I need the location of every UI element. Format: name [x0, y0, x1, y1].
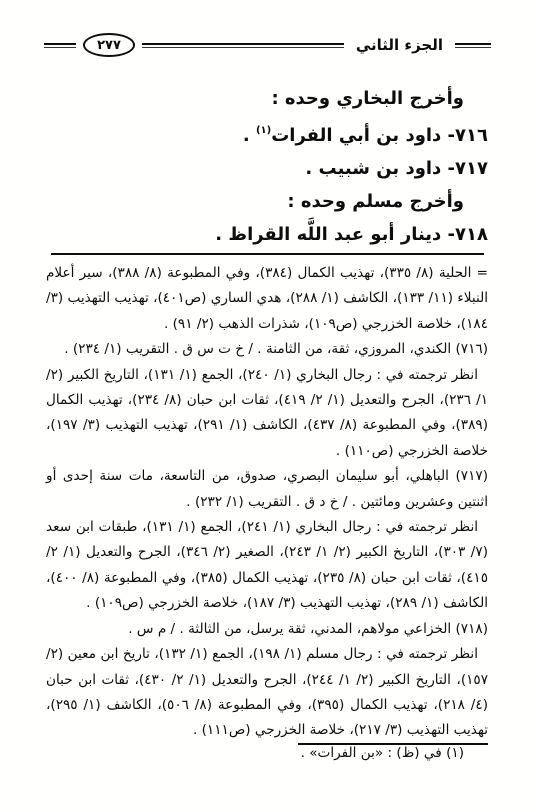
heading-muslim: وأخرج مسلم وحده :	[40, 185, 488, 218]
footnote-716: (٧١٦) الكندي، المروزي، ثقة، من الثامنة .…	[46, 337, 488, 362]
book-page: الجزء الثاني ٢٧٧ وأخرج البخاري وحده : ٧١…	[0, 0, 535, 812]
entry-716: ٧١٦- داود بن أبي الفرات(١) .	[40, 115, 488, 152]
main-text: وأخرج البخاري وحده : ٧١٦- داود بن أبي ال…	[40, 82, 488, 251]
page-header: الجزء الثاني ٢٧٧	[44, 32, 491, 58]
variant-note: (١) في (ظ) : «بن الفرات» .	[46, 741, 464, 766]
footnote-716-sources: انظر ترجمته في : رجال البخاري (١/ ٢٤٠)، …	[46, 363, 488, 465]
footnote-717-sources: انظر ترجمته في : رجال البخاري (١/ ٢٤١)، …	[46, 515, 488, 617]
heading-bukhari: وأخرج البخاري وحده :	[40, 82, 488, 115]
entry-718: ٧١٨- دينار أبو عبد اللَّه القراظ .	[40, 218, 488, 251]
footnote-continuation: = الحلية (٨/ ٣٣٥)، تهذيب الكمال (٣٨٤)، و…	[46, 261, 488, 337]
footnote-718-sources: انظر ترجمته في : رجال مسلم (١/ ١٩٨)، الج…	[46, 642, 488, 744]
entry-717: ٧١٧- داود بن شبيب .	[40, 152, 488, 185]
header-rule-right	[455, 43, 491, 48]
footnote-ref-1: (١)	[256, 125, 271, 136]
footnote-718: (٧١٨) الخزاعي مولاهم، المدني، ثقة يرسل، …	[46, 617, 488, 642]
page-number-badge: ٢٧٧	[83, 33, 135, 57]
footnote-separator	[51, 253, 484, 255]
header-rule-middle	[142, 43, 344, 48]
footnotes-block: = الحلية (٨/ ٣٣٥)، تهذيب الكمال (٣٨٤)، و…	[46, 261, 488, 744]
page-number: ٢٧٧	[97, 39, 121, 52]
footnote-717: (٧١٧) الباهلي، أبو سليمان البصري، صدوق، …	[46, 464, 488, 515]
header-rule-left	[44, 43, 76, 48]
section-title: الجزء الثاني	[351, 38, 448, 53]
entry-716-suffix: .	[243, 125, 256, 146]
entry-716-text: ٧١٦- داود بن أبي الفرات	[271, 125, 488, 146]
